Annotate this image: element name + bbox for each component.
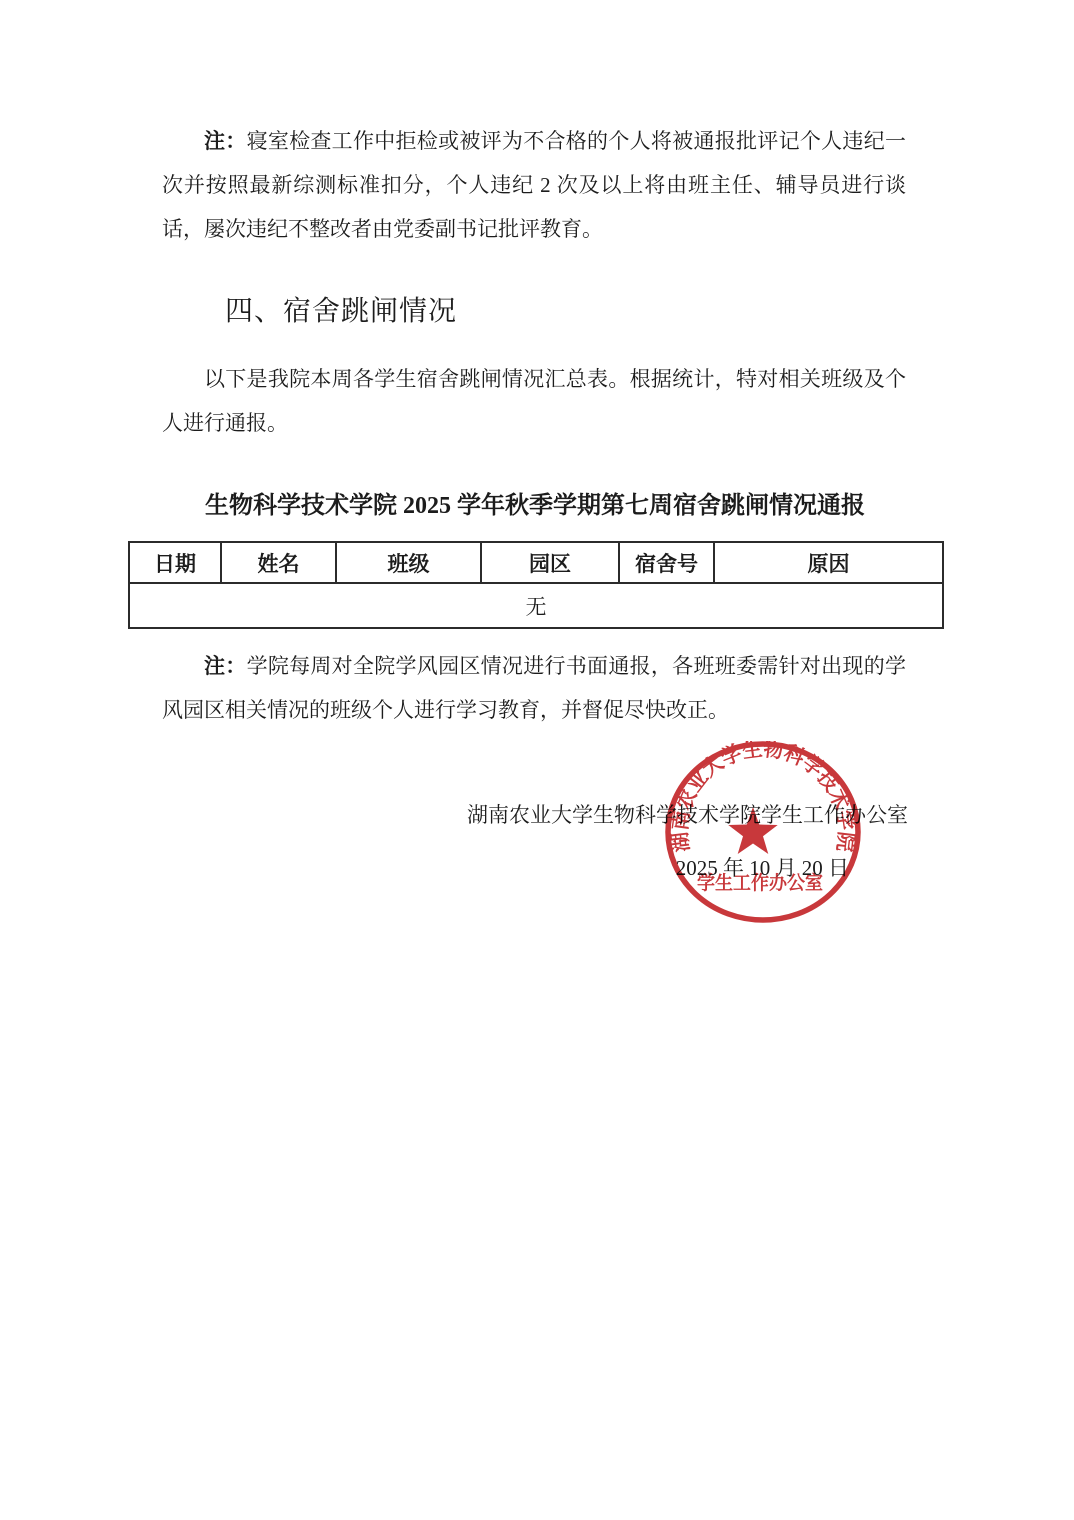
document-page: 注：寝室检查工作中拒检或被评为不合格的个人将被通报批评记个人违纪一次并按照最新综… <box>0 0 1074 1520</box>
note-weekly-report-paragraph: 注：学院每周对全院学风园区情况进行书面通报，各班班委需针对出现的学风园区相关情况… <box>162 644 906 732</box>
seal-bottom-text: 学生工作办公室 <box>697 871 823 894</box>
header-class: 班级 <box>336 542 481 583</box>
table-empty-cell: 无 <box>129 583 943 628</box>
table-header-row: 日期 姓名 班级 园区 宿舍号 原因 <box>129 542 943 583</box>
note-label: 注： <box>204 654 247 678</box>
note-dorm-check-paragraph: 注：寝室检查工作中拒检或被评为不合格的个人将被通报批评记个人违纪一次并按照最新综… <box>162 119 906 251</box>
note-text: 寝室检查工作中拒检或被评为不合格的个人将被通报批评记个人违纪一次并按照最新综测标… <box>162 129 906 241</box>
note-text: 学院每周对全院学风园区情况进行书面通报，各班班委需针对出现的学风园区相关情况的班… <box>162 654 906 722</box>
header-date: 日期 <box>129 542 221 583</box>
header-reason: 原因 <box>714 542 943 583</box>
table-row: 无 <box>129 583 943 628</box>
header-name: 姓名 <box>221 542 336 583</box>
seal-star-icon <box>728 807 777 854</box>
header-dorm-number: 宿舍号 <box>619 542 714 583</box>
section-heading: 四、宿舍跳闸情况 <box>225 294 457 330</box>
note-label: 注： <box>204 129 247 153</box>
outage-table: 日期 姓名 班级 园区 宿舍号 原因 无 <box>128 541 944 629</box>
intro-paragraph: 以下是我院本周各学生宿舍跳闸情况汇总表。根据统计，特对相关班级及个人进行通报。 <box>162 357 906 445</box>
official-seal: 湖南农业大学生物科学技术学院 学生工作办公室 <box>663 741 863 927</box>
header-campus-area: 园区 <box>481 542 619 583</box>
outage-table-title: 生物科学技术学院 2025 学年秋季学期第七周宿舍跳闸情况通报 <box>128 488 942 524</box>
